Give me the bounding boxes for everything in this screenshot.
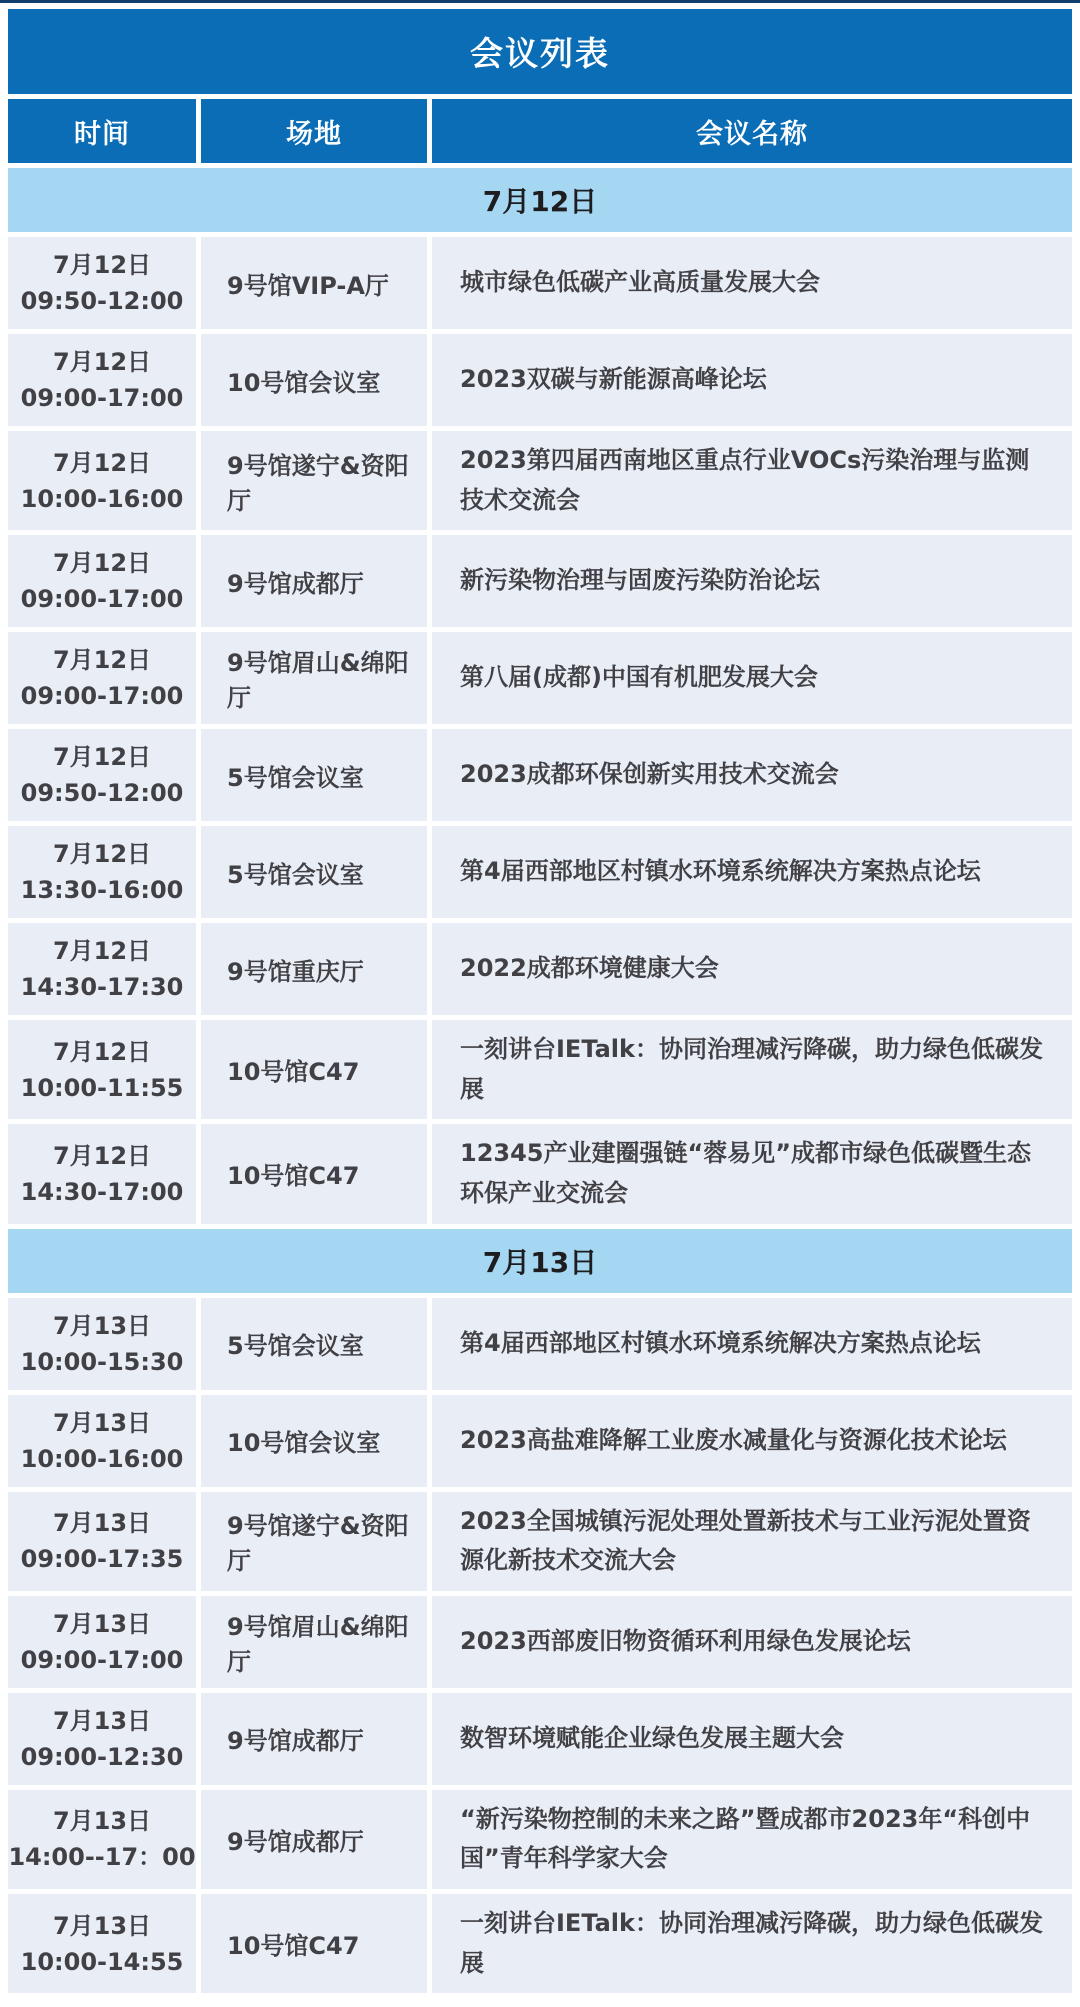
table-row: 7月12日 09:00-17:00 9号馆眉山&绵阳厅 第八届(成都)中国有机肥…: [8, 632, 1072, 724]
row-venue: 9号馆眉山&绵阳厅: [201, 632, 427, 724]
row-time: 09:00-17:35: [21, 1541, 184, 1577]
row-date: 7月13日: [53, 1505, 151, 1541]
date-section-header: 7月13日: [8, 1229, 1072, 1293]
row-meeting-name: 2023成都环保创新实用技术交流会: [432, 729, 1072, 821]
row-venue: 10号馆C47: [201, 1894, 427, 1993]
row-meeting-name: 2023全国城镇污泥处理处置新技术与工业污泥处置资源化新技术交流大会: [432, 1492, 1072, 1591]
row-venue: 5号馆会议室: [201, 729, 427, 821]
row-venue: 9号馆成都厅: [201, 535, 427, 627]
time-cell: 7月12日 10:00-11:55: [8, 1020, 196, 1119]
row-date: 7月12日: [53, 642, 151, 678]
table-row: 7月12日 14:30-17:00 10号馆C47 12345产业建圈强链“蓉易…: [8, 1124, 1072, 1223]
row-date: 7月13日: [53, 1703, 151, 1739]
time-cell: 7月12日 10:00-16:00: [8, 431, 196, 530]
row-venue: 10号馆C47: [201, 1020, 427, 1119]
table-row: 7月12日 13:30-16:00 5号馆会议室 第4届西部地区村镇水环境系统解…: [8, 826, 1072, 918]
row-venue: 9号馆重庆厅: [201, 923, 427, 1015]
time-cell: 7月13日 09:00-17:35: [8, 1492, 196, 1591]
table-body: 7月12日 7月12日 09:50-12:00 9号馆VIP-A厅 城市绿色低碳…: [8, 168, 1072, 1993]
row-date: 7月12日: [53, 247, 151, 283]
row-time: 14:00--17：00: [8, 1839, 195, 1875]
table-row: 7月12日 09:50-12:00 5号馆会议室 2023成都环保创新实用技术交…: [8, 729, 1072, 821]
row-date: 7月12日: [53, 344, 151, 380]
column-header-name: 会议名称: [432, 99, 1072, 163]
table-row: 7月13日 10:00-14:55 10号馆C47 一刻讲台IETalk：协同治…: [8, 1894, 1072, 1993]
time-cell: 7月12日 14:30-17:00: [8, 1124, 196, 1223]
time-cell: 7月12日 09:50-12:00: [8, 729, 196, 821]
table-row: 7月13日 14:00--17：00 9号馆成都厅 “新污染物控制的未来之路”暨…: [8, 1790, 1072, 1889]
row-meeting-name: 2022成都环境健康大会: [432, 923, 1072, 1015]
row-date: 7月12日: [53, 836, 151, 872]
table-row: 7月12日 09:00-17:00 9号馆成都厅 新污染物治理与固废污染防治论坛: [8, 535, 1072, 627]
time-cell: 7月12日 09:00-17:00: [8, 535, 196, 627]
table-row: 7月13日 09:00-17:00 9号馆眉山&绵阳厅 2023西部废旧物资循环…: [8, 1596, 1072, 1688]
time-cell: 7月13日 09:00-12:30: [8, 1693, 196, 1785]
row-venue: 9号馆成都厅: [201, 1790, 427, 1889]
table-row: 7月13日 09:00-17:35 9号馆遂宁&资阳厅 2023全国城镇污泥处理…: [8, 1492, 1072, 1591]
time-cell: 7月13日 10:00-14:55: [8, 1894, 196, 1993]
page-title: 会议列表: [8, 9, 1072, 94]
time-cell: 7月13日 14:00--17：00: [8, 1790, 196, 1889]
row-meeting-name: 2023高盐难降解工业废水减量化与资源化技术论坛: [432, 1395, 1072, 1487]
row-time: 10:00-15:30: [21, 1344, 184, 1380]
row-meeting-name: 一刻讲台IETalk：协同治理减污降碳，助力绿色低碳发展: [432, 1020, 1072, 1119]
row-time: 10:00-16:00: [21, 1441, 184, 1477]
row-venue: 10号馆C47: [201, 1124, 427, 1223]
table-row: 7月13日 09:00-12:30 9号馆成都厅 数智环境赋能企业绿色发展主题大…: [8, 1693, 1072, 1785]
table-header-row: 时间 场地 会议名称: [8, 99, 1072, 163]
time-cell: 7月12日 13:30-16:00: [8, 826, 196, 918]
conference-schedule-table: 会议列表 时间 场地 会议名称 7月12日 7月12日 09:50-12:00 …: [8, 9, 1072, 1993]
column-header-venue: 场地: [201, 99, 427, 163]
table-row: 7月13日 10:00-15:30 5号馆会议室 第4届西部地区村镇水环境系统解…: [8, 1298, 1072, 1390]
row-meeting-name: 新污染物治理与固废污染防治论坛: [432, 535, 1072, 627]
row-time: 13:30-16:00: [21, 872, 184, 908]
time-cell: 7月12日 14:30-17:30: [8, 923, 196, 1015]
column-header-time: 时间: [8, 99, 196, 163]
row-venue: 9号馆VIP-A厅: [201, 237, 427, 329]
row-meeting-name: 第八届(成都)中国有机肥发展大会: [432, 632, 1072, 724]
row-meeting-name: “新污染物控制的未来之路”暨成都市2023年“科创中国”青年科学家大会: [432, 1790, 1072, 1889]
table-row: 7月13日 10:00-16:00 10号馆会议室 2023高盐难降解工业废水减…: [8, 1395, 1072, 1487]
date-section: 7月13日 7月13日 10:00-15:30 5号馆会议室 第4届西部地区村镇…: [8, 1229, 1072, 1994]
row-meeting-name: 城市绿色低碳产业高质量发展大会: [432, 237, 1072, 329]
row-time: 14:30-17:00: [21, 1174, 184, 1210]
date-section-rows: 7月12日 09:50-12:00 9号馆VIP-A厅 城市绿色低碳产业高质量发…: [8, 237, 1072, 1224]
table-row: 7月12日 14:30-17:30 9号馆重庆厅 2022成都环境健康大会: [8, 923, 1072, 1015]
row-time: 09:00-17:00: [21, 380, 184, 416]
row-venue: 5号馆会议室: [201, 826, 427, 918]
time-cell: 7月12日 09:50-12:00: [8, 237, 196, 329]
time-cell: 7月12日 09:00-17:00: [8, 632, 196, 724]
row-date: 7月12日: [53, 445, 151, 481]
row-time: 10:00-11:55: [21, 1070, 184, 1106]
row-time: 09:00-17:00: [21, 1642, 184, 1678]
row-date: 7月12日: [53, 1034, 151, 1070]
row-date: 7月13日: [53, 1803, 151, 1839]
row-date: 7月13日: [53, 1908, 151, 1944]
row-date: 7月13日: [53, 1308, 151, 1344]
table-row: 7月12日 09:50-12:00 9号馆VIP-A厅 城市绿色低碳产业高质量发…: [8, 237, 1072, 329]
row-venue: 5号馆会议室: [201, 1298, 427, 1390]
row-date: 7月12日: [53, 933, 151, 969]
row-time: 09:00-17:00: [21, 581, 184, 617]
row-meeting-name: 第4届西部地区村镇水环境系统解决方案热点论坛: [432, 826, 1072, 918]
top-edge-line: [0, 0, 1080, 3]
row-date: 7月12日: [53, 1138, 151, 1174]
date-section-rows: 7月13日 10:00-15:30 5号馆会议室 第4届西部地区村镇水环境系统解…: [8, 1298, 1072, 1994]
row-time: 09:00-17:00: [21, 678, 184, 714]
table-row: 7月12日 10:00-11:55 10号馆C47 一刻讲台IETalk：协同治…: [8, 1020, 1072, 1119]
time-cell: 7月12日 09:00-17:00: [8, 334, 196, 426]
row-venue: 10号馆会议室: [201, 334, 427, 426]
row-meeting-name: 数智环境赋能企业绿色发展主题大会: [432, 1693, 1072, 1785]
row-time: 10:00-16:00: [21, 481, 184, 517]
row-venue: 10号馆会议室: [201, 1395, 427, 1487]
time-cell: 7月13日 10:00-15:30: [8, 1298, 196, 1390]
row-date: 7月13日: [53, 1606, 151, 1642]
row-meeting-name: 12345产业建圈强链“蓉易见”成都市绿色低碳暨生态环保产业交流会: [432, 1124, 1072, 1223]
table-row: 7月12日 09:00-17:00 10号馆会议室 2023双碳与新能源高峰论坛: [8, 334, 1072, 426]
row-time: 10:00-14:55: [21, 1944, 184, 1980]
row-meeting-name: 第4届西部地区村镇水环境系统解决方案热点论坛: [432, 1298, 1072, 1390]
row-meeting-name: 2023双碳与新能源高峰论坛: [432, 334, 1072, 426]
row-venue: 9号馆遂宁&资阳厅: [201, 431, 427, 530]
time-cell: 7月13日 10:00-16:00: [8, 1395, 196, 1487]
row-time: 09:00-12:30: [21, 1739, 184, 1775]
row-meeting-name: 2023第四届西南地区重点行业VOCs污染治理与监测技术交流会: [432, 431, 1072, 530]
row-venue: 9号馆眉山&绵阳厅: [201, 1596, 427, 1688]
row-time: 09:50-12:00: [21, 775, 184, 811]
row-venue: 9号馆成都厅: [201, 1693, 427, 1785]
row-date: 7月13日: [53, 1405, 151, 1441]
row-date: 7月12日: [53, 545, 151, 581]
time-cell: 7月13日 09:00-17:00: [8, 1596, 196, 1688]
date-section-header: 7月12日: [8, 168, 1072, 232]
date-section: 7月12日 7月12日 09:50-12:00 9号馆VIP-A厅 城市绿色低碳…: [8, 168, 1072, 1224]
row-meeting-name: 一刻讲台IETalk：协同治理减污降碳，助力绿色低碳发展: [432, 1894, 1072, 1993]
row-time: 09:50-12:00: [21, 283, 184, 319]
row-meeting-name: 2023西部废旧物资循环利用绿色发展论坛: [432, 1596, 1072, 1688]
table-row: 7月12日 10:00-16:00 9号馆遂宁&资阳厅 2023第四届西南地区重…: [8, 431, 1072, 530]
row-date: 7月12日: [53, 739, 151, 775]
row-time: 14:30-17:30: [21, 969, 184, 1005]
row-venue: 9号馆遂宁&资阳厅: [201, 1492, 427, 1591]
